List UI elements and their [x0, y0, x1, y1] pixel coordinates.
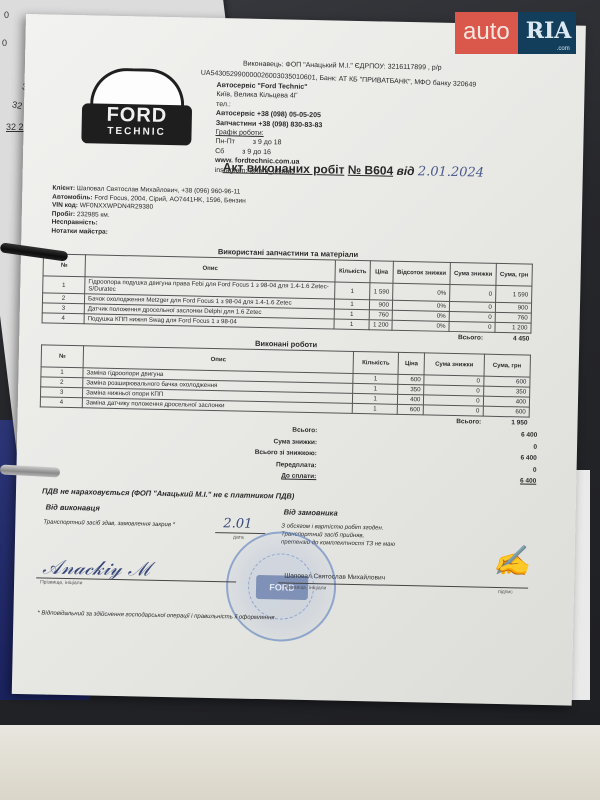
parts-cell: 900	[369, 300, 392, 310]
works-cell: 4	[40, 397, 82, 408]
parts-column-header: Сума, грн	[496, 263, 533, 286]
parts-cell: 0	[449, 321, 495, 332]
parts-cell: 1	[43, 276, 85, 294]
watermark-ria: ★ RIA .com	[518, 12, 576, 54]
date-caption: дата	[233, 534, 244, 540]
executor-line: Виконавець: ФОП "Анацький М.І." ЄДРПОУ: …	[243, 61, 442, 72]
parts-column-header: Сума знижки	[450, 262, 496, 285]
parts-total-value: 4 450	[513, 335, 529, 342]
fault-label: Несправність:	[52, 219, 98, 227]
table-surface	[0, 725, 600, 800]
from-customer-heading: Від замовника	[284, 508, 338, 518]
works-cell: 400	[398, 394, 424, 405]
parts-cell: 0%	[393, 283, 450, 301]
watermark-auto: auto	[455, 12, 518, 54]
parts-column-header: Відсоток знижки	[393, 261, 450, 284]
parts-column-header: Кількість	[335, 260, 371, 283]
act-number: № B604	[348, 163, 394, 178]
autoria-watermark: auto ★ RIA .com	[455, 12, 576, 54]
works-cell: 600	[398, 374, 424, 385]
customer-signature: ✍	[492, 544, 530, 580]
company-name: Автосервіс "Ford Technic"	[216, 82, 307, 91]
works-cell: 600	[397, 404, 423, 415]
executor-signature: 𝒜𝓃𝒶𝒸𝓀𝒾𝓎 ℳ	[42, 554, 150, 580]
works-column-header: Кількість	[353, 351, 399, 374]
star-icon: ★	[535, 14, 543, 52]
vin-code: WF0NXXWPDN4R29380	[80, 202, 153, 211]
works-total-value: 1 950	[511, 419, 527, 426]
payment-summary: Всього:6 400 Сума знижки:0 Всього зі зни…	[166, 424, 537, 489]
customer-surname-caption: Прізвище, ініціали	[284, 585, 326, 592]
parts-cell: 1	[334, 319, 369, 330]
handwritten-date: 2.01.2024	[418, 164, 484, 180]
works-cell: 350	[398, 384, 424, 395]
works-column-header: №	[41, 345, 83, 368]
works-column-header: Сума знижки	[424, 353, 484, 376]
parts-cell: 0	[450, 284, 496, 302]
parts-table: №ОписКількістьЦінаВідсоток знижкиСума зн…	[42, 253, 533, 333]
parts-cell: 1 590	[370, 283, 393, 300]
from-executor-heading: Від виконавця	[46, 503, 100, 513]
parts-cell: 1 200	[369, 320, 392, 330]
handwritten-handover-date: 2.01	[223, 516, 252, 532]
parts-column-header: Ціна	[370, 261, 393, 283]
parts-cell: 0%	[392, 320, 449, 331]
executor-surname-caption: Прізвище, ініціали	[40, 579, 82, 586]
parts-cell: 1 200	[495, 322, 531, 333]
prev-value: 0	[2, 38, 7, 48]
works-table-section: Виконані роботи №ОписКількістьЦінаСума з…	[40, 334, 532, 426]
logo-text-technic: TECHNIC	[81, 125, 191, 138]
mileage: 232985 км.	[77, 211, 110, 219]
vat-note: ПДВ не нараховується (ФОП "Анацький М.І.…	[42, 486, 295, 500]
parts-cell: 4	[42, 313, 84, 324]
work-completion-act: FORD TECHNIC Виконавець: ФОП "Анацький М…	[12, 14, 586, 706]
prev-value: 0	[4, 10, 9, 20]
notes-label: Нотатки майстра:	[51, 228, 108, 236]
works-column-header: Сума, грн	[484, 354, 531, 377]
logo-text-ford: FORD	[82, 103, 192, 127]
parts-table-section: Використані запчастини та матеріали №Опи…	[41, 243, 533, 342]
client-info: Клієнт: Шаповал Святослав Михайлович, +3…	[51, 185, 246, 241]
ford-technic-logo: FORD TECHNIC	[81, 67, 193, 145]
parts-cell: 1 590	[495, 285, 531, 303]
works-cell: 1	[352, 403, 397, 414]
handover-statement: Транспортний засіб здав, замовлення закр…	[43, 519, 175, 528]
phone-service: Автосервіс +38 (098) 05-05-205	[216, 110, 321, 119]
signature-caption: підпис	[498, 589, 513, 595]
works-table: №ОписКількістьЦінаСума знижкиСума, грн 1…	[40, 344, 531, 417]
works-cell: 0	[424, 405, 483, 416]
document-title: Акт виконаних робіт № B604 від 2.01.2024	[223, 160, 485, 180]
parts-cell: 1	[335, 282, 370, 300]
works-column-header: Ціна	[398, 352, 425, 375]
works-cell: 600	[483, 406, 530, 417]
parts-cell: 760	[369, 310, 392, 320]
